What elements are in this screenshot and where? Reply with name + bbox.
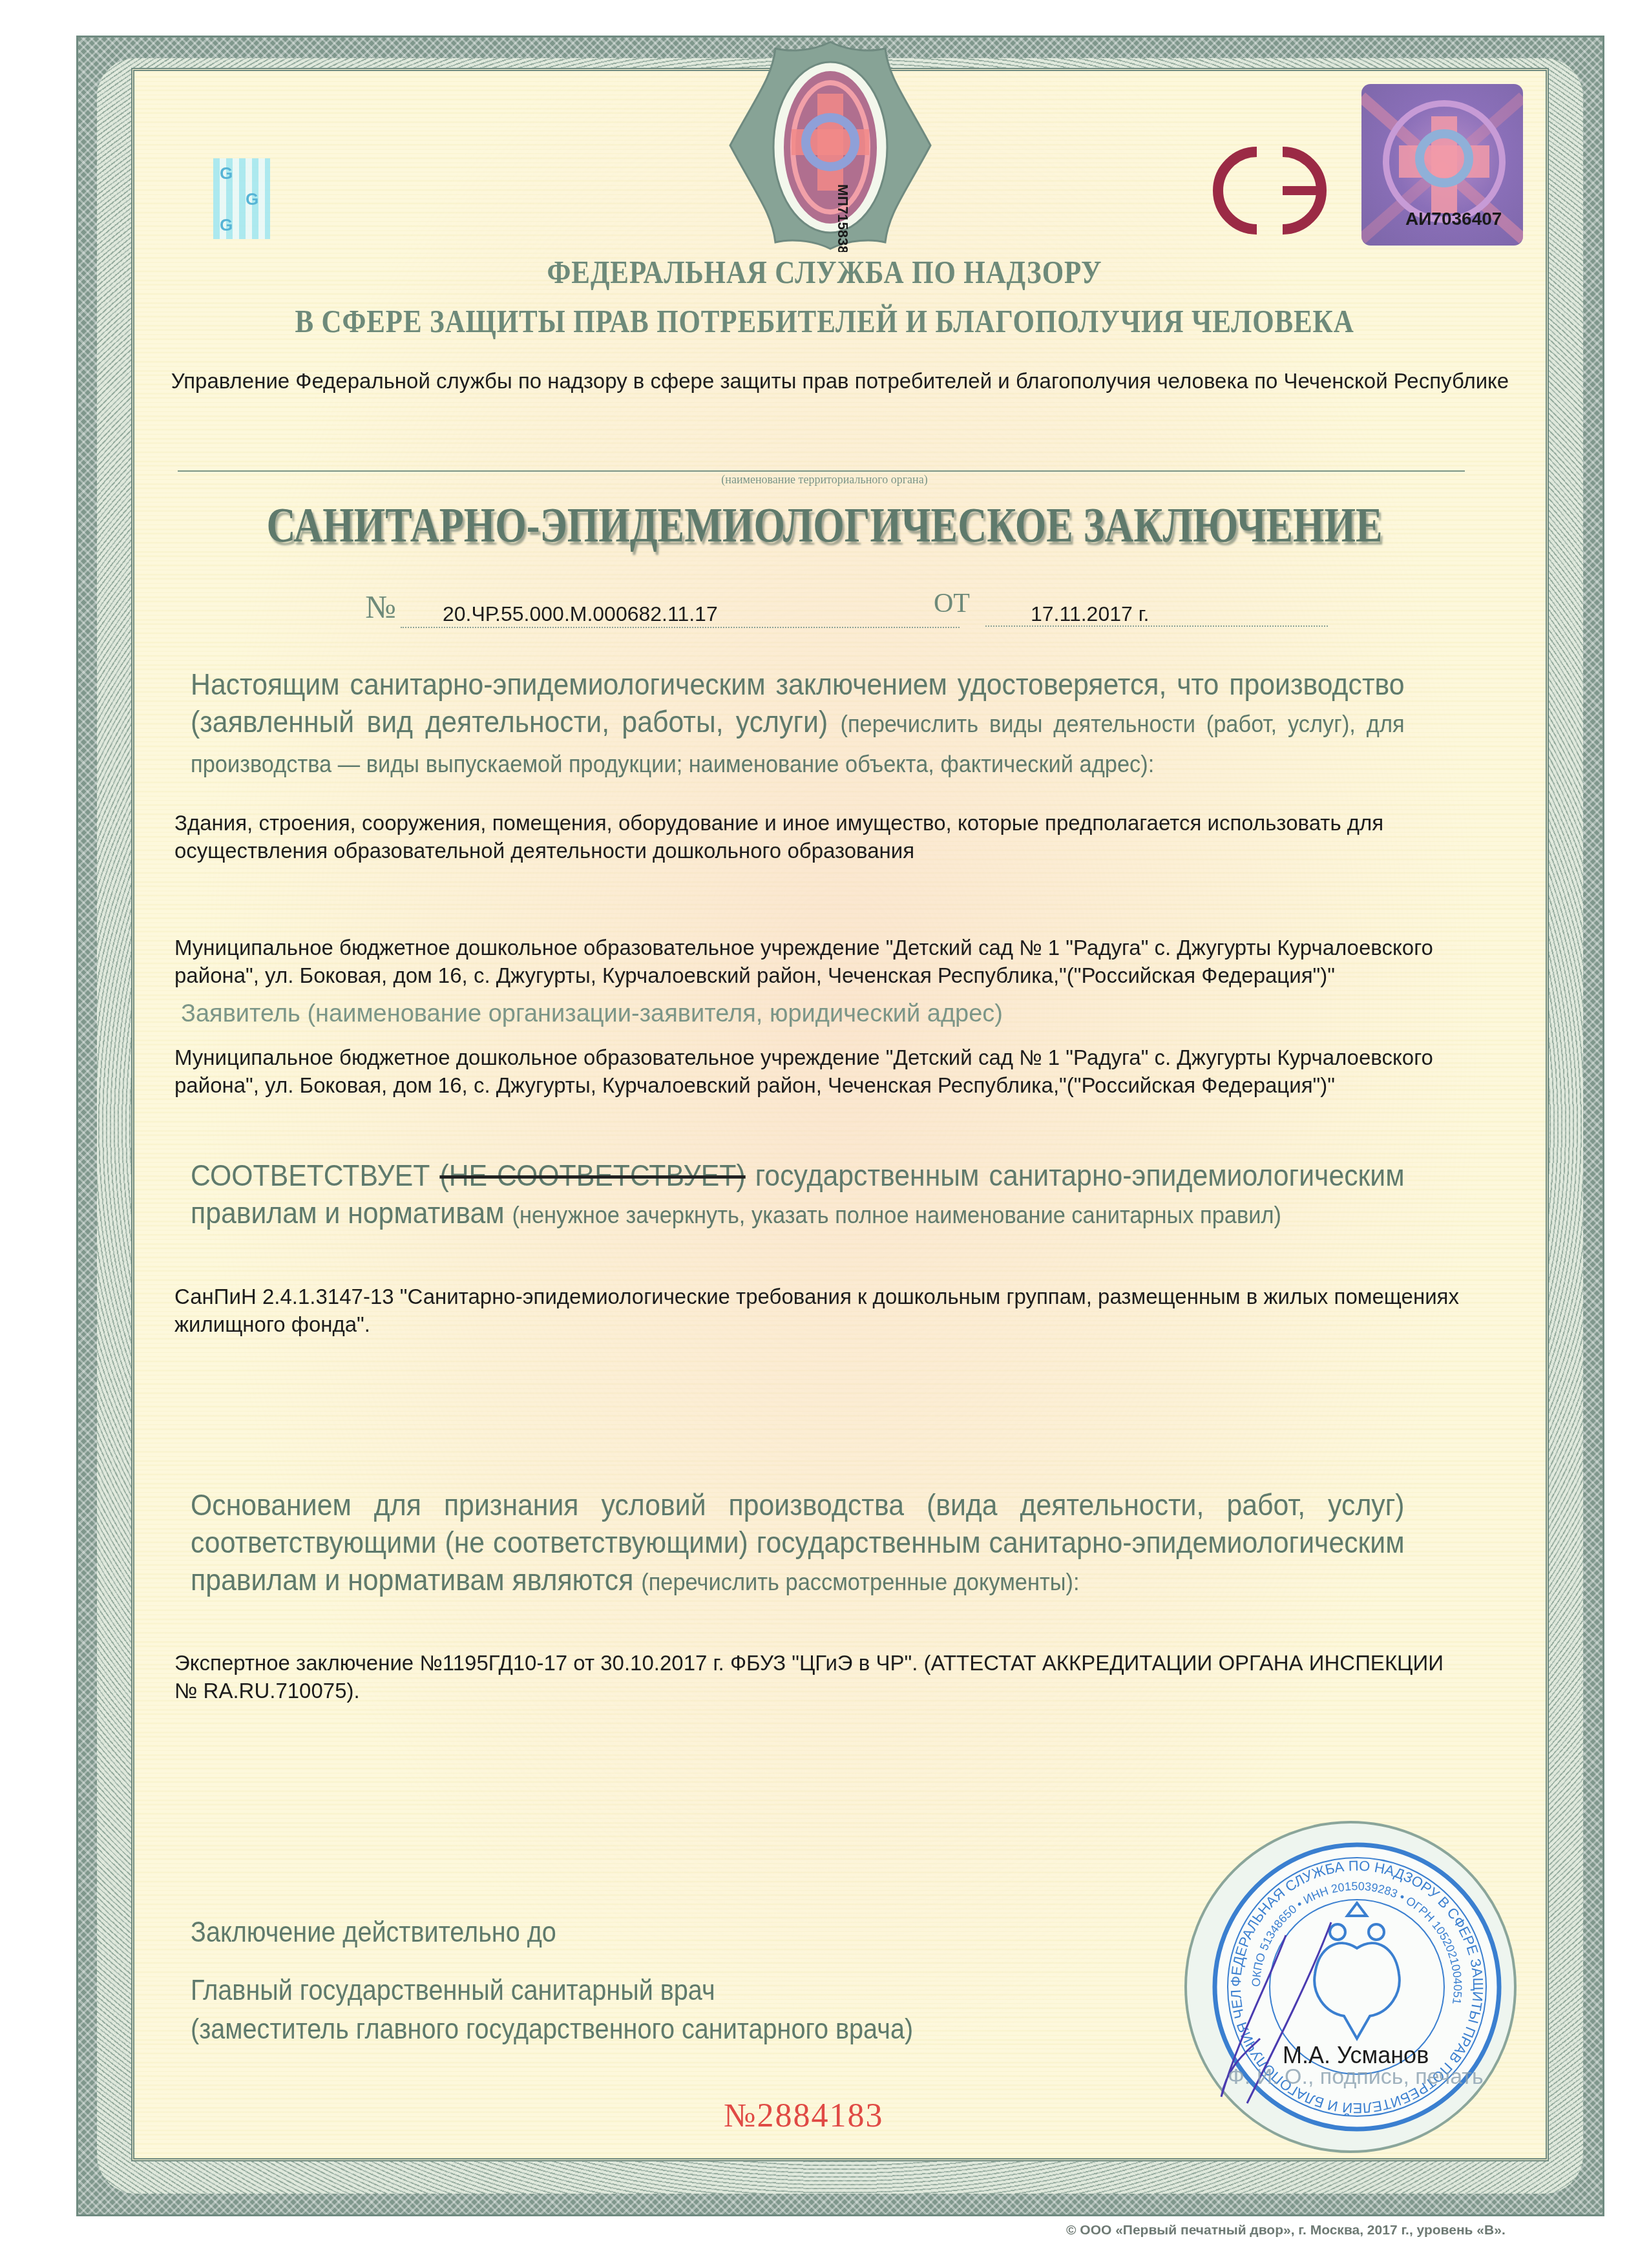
basis-statement: Основанием для признания условий произво…: [191, 1486, 1405, 1601]
document-number-row: № 20.ЧР.55.000.М.000682.11.17 ОТ 17.11.2…: [365, 588, 1334, 627]
basis-documents: Экспертное заключение №1195ГД10-17 от 30…: [174, 1649, 1467, 1705]
document-title: САНИТАРНО-ЭПИДЕМИОЛОГИЧЕСКОЕ ЗАКЛЮЧЕНИЕ: [149, 498, 1501, 554]
printer-imprint: © ООО «Первый печатный двор», г. Москва,…: [1066, 2223, 1506, 2238]
compliance-hint: (ненужное зачеркнуть, указать полное наи…: [512, 1202, 1282, 1228]
number-sign: №: [365, 588, 396, 625]
signer-position-deputy: (заместитель главного государственного с…: [191, 2011, 913, 2048]
svg-text:АИ7036407: АИ7036407: [1405, 209, 1502, 229]
validity-label: Заключение действительно до: [191, 1914, 556, 1951]
form-serial-number: №2884183: [724, 2097, 884, 2135]
struck-option: (НЕ СООТВЕТСТВУЕТ): [439, 1159, 745, 1192]
territorial-body-name: Управление Федеральной службы по надзору…: [162, 367, 1518, 395]
conformity-mark-icon: [1205, 139, 1334, 242]
territorial-body-underline: [178, 470, 1465, 472]
agency-name-line2: В СФЕРЕ ЗАЩИТЫ ПРАВ ПОТРЕБИТЕЛЕЙ И БЛАГО…: [116, 302, 1534, 340]
activity-description: Здания, строения, сооружения, помещения,…: [174, 809, 1467, 865]
official-seal-icon: ФЕДЕРАЛЬНАЯ СЛУЖБА ПО НАДЗОРУ В СФЕРЕ ЗА…: [1182, 1819, 1518, 2155]
compliance-statement: СООТВЕТСТВУЕТ (НЕ СООТВЕТСТВУЕТ) государ…: [191, 1157, 1405, 1234]
hologram-strip-icon: GGG: [213, 158, 270, 239]
object-address: Муниципальное бюджетное дошкольное образ…: [174, 934, 1467, 989]
applicant-value: Муниципальное бюджетное дошкольное образ…: [174, 1044, 1467, 1099]
document-date: 17.11.2017 г.: [985, 602, 1328, 627]
certification-intro: Настоящим санитарно-эпидемиологическим з…: [191, 666, 1405, 783]
svg-text:МП7158389: МП7158389: [835, 184, 851, 252]
compliance-status: СООТВЕТСТВУЕТ: [191, 1159, 430, 1192]
hologram-sticker-icon: АИ7036407: [1361, 84, 1523, 246]
sanitary-rules: СанПиН 2.4.1.3147-13 "Санитарно-эпидемио…: [174, 1283, 1467, 1338]
document-number: 20.ЧР.55.000.М.000682.11.17: [401, 602, 960, 628]
signer-name: М.А. Усманов: [1283, 2042, 1429, 2069]
applicant-label: Заявитель (наименование организации-заяв…: [181, 1000, 1003, 1028]
date-label: ОТ: [934, 588, 970, 619]
agency-name-line1: ФЕДЕРАЛЬНАЯ СЛУЖБА ПО НАДЗОРУ: [116, 253, 1534, 291]
rospotrebnadzor-medallion-icon: МП7158389: [711, 39, 950, 252]
basis-hint: (перечислить рассмотренные документы):: [641, 1569, 1079, 1595]
signer-position: Главный государственный санитарный врач: [191, 1972, 715, 2010]
territorial-body-caption: (наименование территориального органа): [0, 473, 1649, 487]
